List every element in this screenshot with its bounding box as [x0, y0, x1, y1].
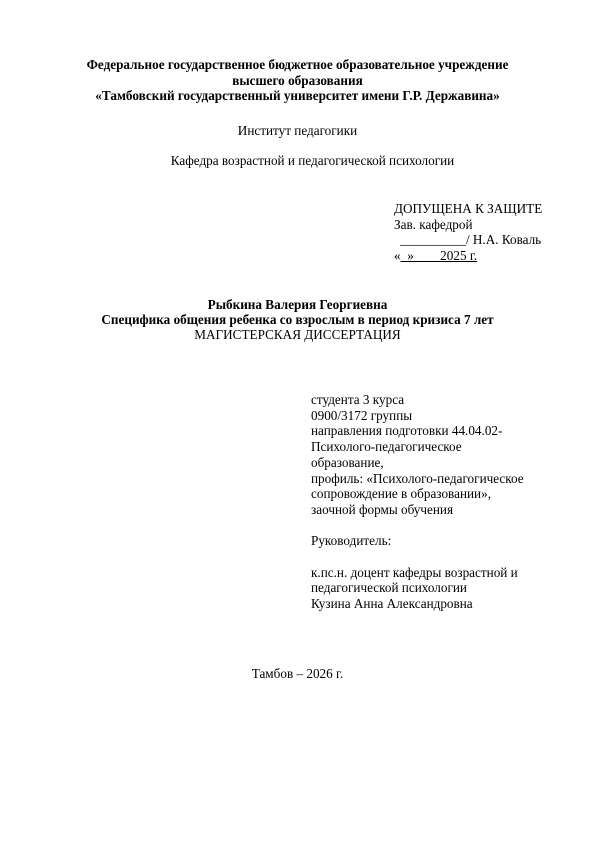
- student-info-line: сопровождение в образовании»,: [311, 486, 524, 502]
- student-info-line: заочной формы обучения: [311, 502, 524, 518]
- approval-signature-line: __________/ Н.А. Коваль: [394, 232, 542, 248]
- approval-position: Зав. кафедрой: [394, 217, 542, 233]
- header-line-1: Федеральное государственное бюджетное об…: [0, 57, 595, 73]
- institute-name: Институт педагогики: [0, 123, 595, 139]
- student-info-line: студента 3 курса: [311, 392, 524, 408]
- approval-title: ДОПУЩЕНА К ЗАЩИТЕ: [394, 201, 542, 217]
- thesis-type: МАГИСТЕРСКАЯ ДИССЕРТАЦИЯ: [0, 327, 595, 342]
- student-info-line: образование,: [311, 455, 524, 471]
- header-line-3: «Тамбовский государственный университет …: [0, 88, 595, 104]
- department-name: Кафедра возрастной и педагогической псих…: [0, 153, 595, 169]
- supervisor-line: к.пс.н. доцент кафедры возрастной и: [311, 565, 524, 581]
- student-info-line: 0900/3172 группы: [311, 408, 524, 424]
- title-block: Рыбкина Валерия Георгиевна Специфика общ…: [0, 297, 595, 342]
- date-prefix: «: [394, 248, 401, 263]
- student-info-line: профиль: «Психолого-педагогическое: [311, 471, 524, 487]
- student-info-block: студента 3 курса 0900/3172 группы направ…: [311, 392, 524, 612]
- supervisor-name: Кузина Анна Александровна: [311, 596, 524, 612]
- author-name: Рыбкина Валерия Георгиевна: [0, 297, 595, 312]
- supervisor-label: Руководитель:: [311, 533, 524, 549]
- student-info-line: направления подготовки 44.04.02-: [311, 423, 524, 439]
- header-line-2: высшего образования: [0, 73, 595, 89]
- date-underlined: » 2025 г.: [401, 248, 477, 263]
- student-info-line: Психолого-педагогическое: [311, 439, 524, 455]
- university-header: Федеральное государственное бюджетное об…: [0, 57, 595, 104]
- approval-block: ДОПУЩЕНА К ЗАЩИТЕ Зав. кафедрой ________…: [394, 201, 542, 263]
- city-year: Тамбов – 2026 г.: [0, 666, 595, 682]
- approval-date: « » 2025 г.: [394, 248, 542, 264]
- supervisor-line: педагогической психологии: [311, 580, 524, 596]
- thesis-title: Специфика общения ребенка со взрослым в …: [0, 312, 595, 327]
